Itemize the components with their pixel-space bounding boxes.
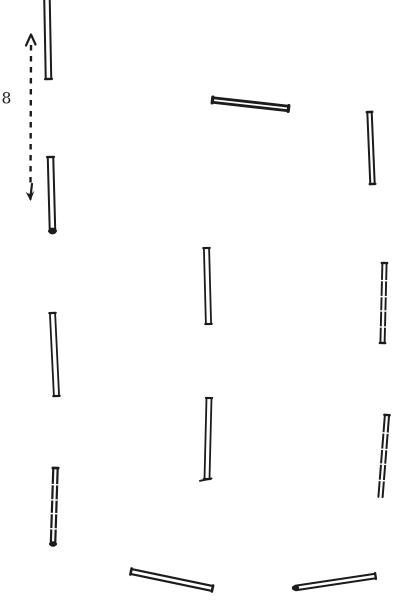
pole-right-2-edge-a [380, 263, 382, 343]
pole-top-center [212, 97, 289, 111]
arrowhead-up-icon [26, 35, 36, 46]
pole-right-1-edge-b [372, 112, 375, 184]
pole-top-left-edge-a [44, 0, 46, 79]
pole-top-center-cap-start [212, 97, 213, 103]
pole-left-4-end-blob [49, 541, 56, 547]
pole-mid-1-edge-b [209, 248, 211, 324]
pole-mid-2-edge-b [209, 398, 211, 479]
pole-bottom-right [292, 573, 376, 591]
pole-right-2-edge-b [385, 263, 387, 343]
distance-arrow [26, 35, 36, 202]
pole-left-3-edge-a [50, 313, 54, 396]
pole-left-4-edge-b [55, 468, 58, 544]
pole-bottom-left-cap-end [212, 585, 213, 591]
pole-left-3 [49, 313, 59, 396]
pole-mid-2 [200, 398, 212, 481]
pole-mid-1 [203, 248, 211, 324]
pole-left-2 [47, 157, 56, 234]
pole-right-3-segment-gap-3 [379, 480, 386, 481]
pole-left-4 [49, 468, 58, 547]
pole-mid-2-foot [200, 479, 212, 481]
pole-left-4-edge-a [51, 468, 54, 544]
pole-top-left [44, 0, 52, 79]
pole-left-2-edge-b [53, 157, 55, 231]
pole-right-2 [380, 263, 388, 343]
pole-top-center-cap-end [288, 106, 289, 112]
pole-mid-1-edge-a [204, 248, 206, 324]
pole-left-3-edge-b [55, 313, 59, 396]
pole-right-1-edge-a [367, 112, 370, 184]
pole-right-1 [367, 112, 376, 184]
pole-left-2-end-blob [48, 228, 56, 235]
distance-label: 8 [2, 90, 12, 108]
pole-right-3-segment-gap-0 [382, 433, 389, 434]
pole-top-left-edge-b [50, 0, 52, 79]
pole-bottom-left [130, 568, 213, 591]
pole-bottom-left-cap-start [130, 568, 131, 574]
pole-right-3-segment-gap-2 [380, 464, 387, 465]
pole-bottom-right-end-blob [292, 585, 299, 591]
pole-mid-2-edge-a [205, 398, 207, 479]
pole-right-3 [378, 415, 389, 497]
pole-group [44, 0, 389, 592]
pole-right-3-segment-gap-1 [381, 449, 388, 450]
pole-left-2-edge-a [48, 157, 50, 231]
pole-course-diagram: 8 [0, 0, 397, 600]
figure-page: 8 [0, 0, 397, 600]
arrow-dashed-shaft [31, 45, 32, 188]
pole-bottom-right-cap-end [375, 573, 376, 579]
